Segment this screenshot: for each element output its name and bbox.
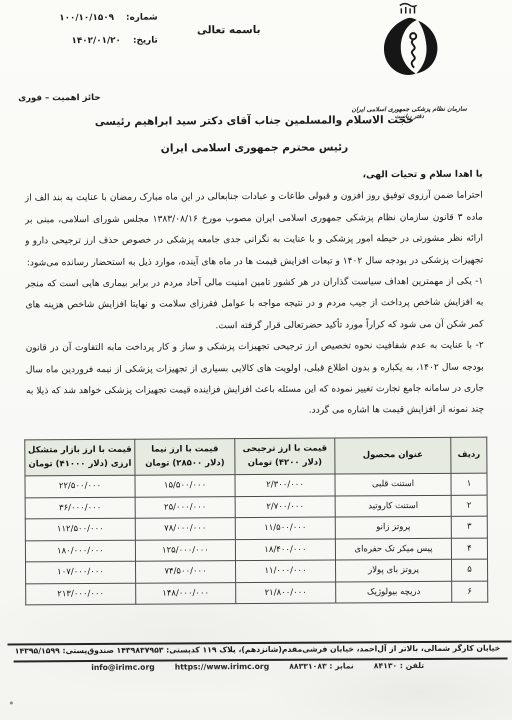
footer-email: info@irimc.org (91, 663, 155, 674)
table-row: ۵پروتز بای پولار۱۱/۰۰۰/۰۰۰۷۴/۵۰۰/۰۰۰۱۰۷/… (26, 559, 488, 583)
table-row: ۶دریچه بیولوژیک۲۱/۸۰۰/۰۰۰۱۴۸/۰۰۰/۰۰۰۲۱۳/… (26, 581, 488, 605)
footer-phone: تلفن : ۸۴۱۳۰ (374, 661, 424, 672)
letter-number-value: ۱۰۰/۱۰/۱۵۰۹ (59, 13, 114, 23)
scan-artifact-dot (10, 701, 13, 704)
priority-label: حائز اهمیت – فوری (18, 93, 100, 104)
addressee-title: رئیس محترم جمهوری اسلامی ایران (0, 133, 511, 163)
letter-date-label: تاریخ: (133, 36, 158, 46)
price-comparison-table: ردیف عنوان محصول قیمت با ارز ترجیحی(دلار… (24, 437, 488, 606)
letter-number-label: شماره: (126, 13, 158, 23)
paragraph-intro: احتراما ضمن آرزوی توفیق روز افزون و قبول… (25, 186, 484, 274)
paragraph-point-2: ۲- با عنایت به عدم شفافیت نحوه تخصیص ارز… (26, 336, 485, 424)
addressee-block: حجت الاسلام والمسلمین جناب آقای دکتر سید… (0, 106, 511, 163)
table-header-row: ردیف عنوان محصول قیمت با ارز ترجیحی(دلار… (25, 437, 487, 476)
letter-number-row: شماره: ۱۰۰/۱۰/۱۵۰۹ (8, 13, 158, 24)
col-header-market-rate: قیمت با ارز بازار متشکلارزی (دلار ۴۱۰۰۰)… (25, 439, 135, 476)
col-header-product: عنوان محصول (335, 437, 451, 474)
letter-date-value: ۱۴۰۲/۰۱/۲۰ (71, 36, 120, 46)
table-row: ۳پروتز زانو۱۱/۵۰۰/۰۰۰۷۸/۰۰۰/۰۰۰۱۱۲/۵۰۰/۰… (25, 516, 487, 540)
addressee-name: حجت الاسلام والمسلمین جناب آقای دکتر سید… (0, 106, 510, 136)
col-header-nima-rate: قیمت با ارز نیما(دلار ۲۸۵۰۰) تومان (135, 439, 235, 476)
footer-website: https://www.irimc.org (175, 662, 270, 674)
table-row: ۴پیس میکر تک حفره‌ای۱۸/۴۰۰/۰۰۰۱۲۵/۰۰۰/۰۰… (25, 538, 487, 562)
salutation: با اهدا سلام و تحیات الهی، (25, 165, 483, 189)
footer-contact-row: تلفن : ۸۴۱۳۰ نمابر : ۸۸۳۳۱۰۸۳ https://ww… (2, 660, 512, 674)
footer-address: خیابان کارگر شمالی، بالاتر از آل‌احمد، خ… (2, 643, 512, 655)
scanned-letter-page: شماره: ۱۰۰/۱۰/۱۵۰۹ تاریخ: ۱۴۰۲/۰۱/۲۰ باس… (0, 0, 512, 720)
table-row: ۲استنت کاروتید۲/۷۰۰/۰۰۰۲۵/۰۰۰/۰۰۰۳۶/۰۰۰/… (25, 495, 487, 519)
col-header-row-no: ردیف (451, 437, 487, 473)
footer-fax: نمابر : ۸۸۳۳۱۰۸۳ (289, 661, 354, 672)
medical-council-logo-icon (365, 1, 454, 106)
org-logo-block: سازمان نظام پزشکی جمهوری اسلامی ایران دف… (344, 1, 475, 121)
table-row: ۱استنت قلبی۲/۳۰۰/۰۰۰۱۵/۵۰۰/۰۰۰۲۲/۵۰۰/۰۰۰ (25, 473, 487, 497)
letter-body: با اهدا سلام و تحیات الهی، احتراما ضمن آ… (25, 165, 485, 425)
paragraph-point-1: ۱- یکی از مهمترین اهداف سیاست گذاران در … (25, 272, 483, 339)
col-header-preferential-rate: قیمت با ارز ترجیحی(دلار ۴۲۰۰) تومان (235, 438, 335, 475)
